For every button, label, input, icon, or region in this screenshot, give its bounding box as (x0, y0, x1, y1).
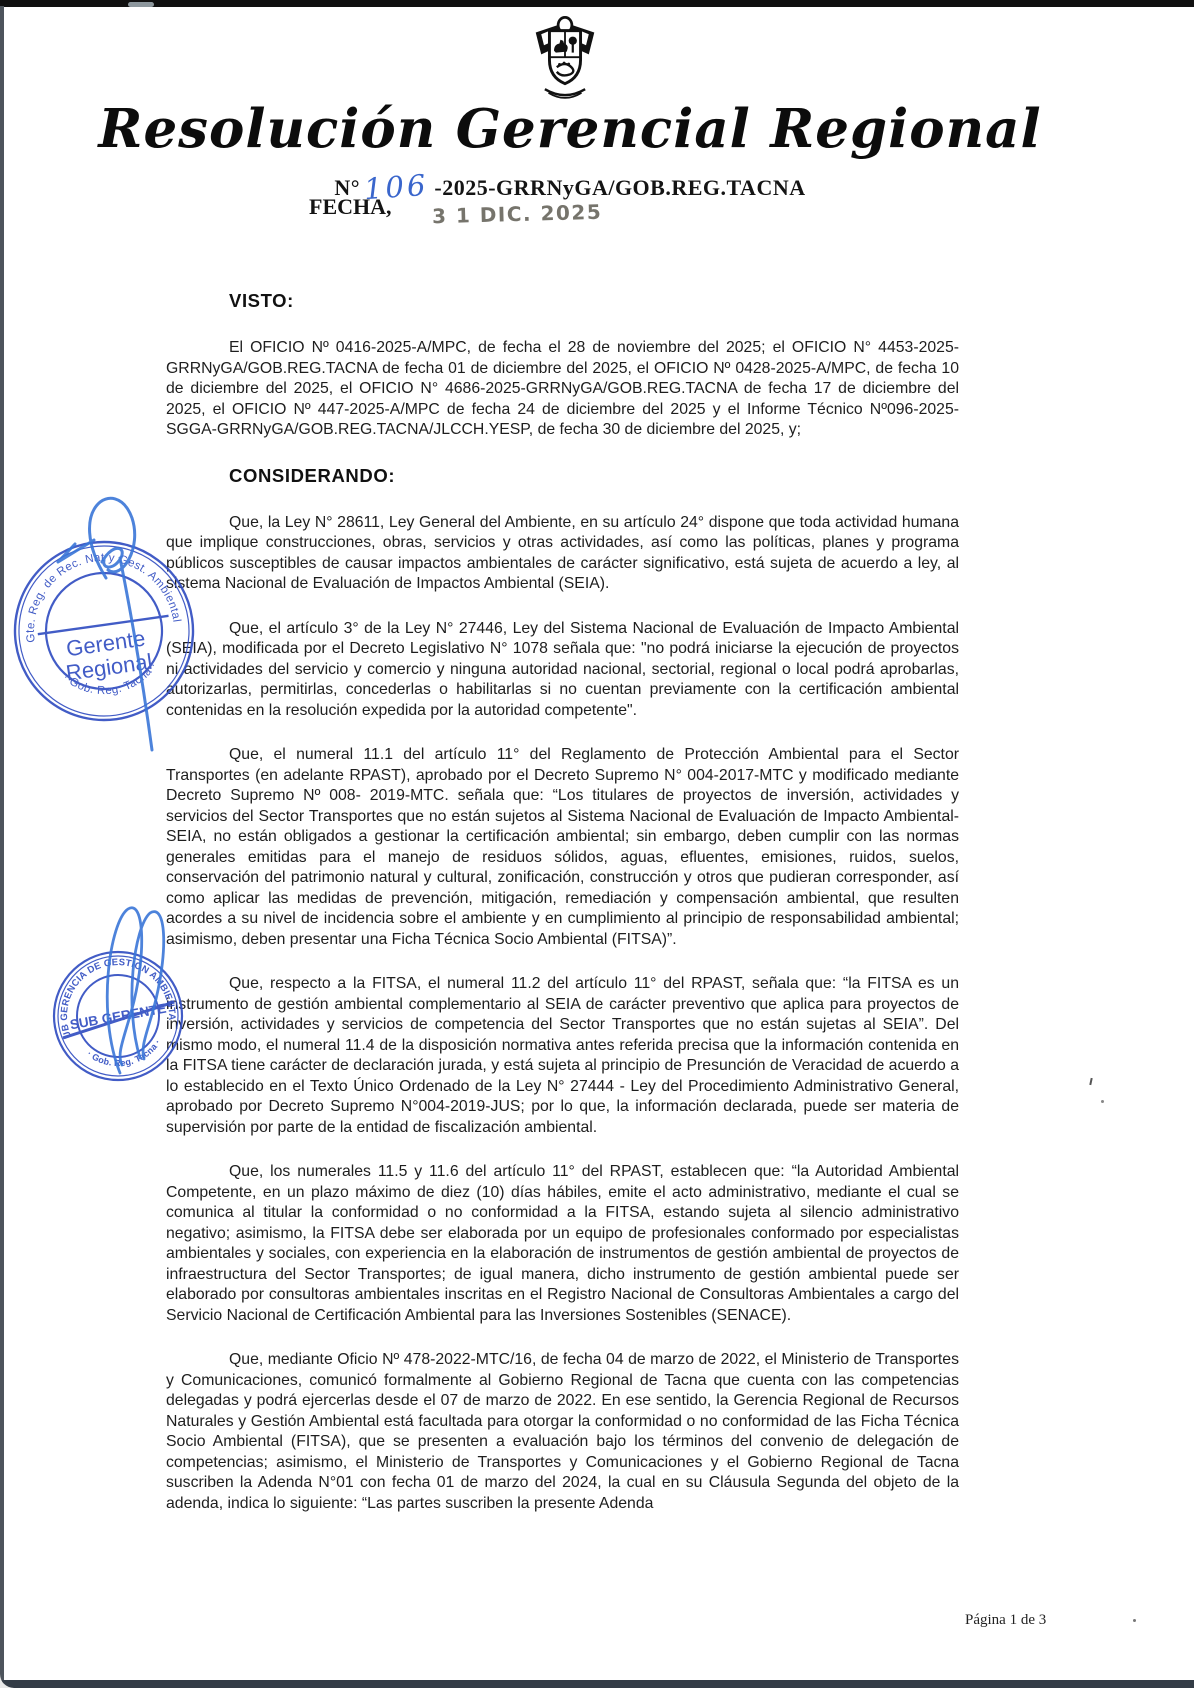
page-title: Resolución Gerencial Regional (0, 98, 1140, 160)
scan-edge-bottom (0, 1680, 1194, 1688)
considerando-paragraph: Que, el numeral 11.1 del artículo 11° de… (166, 745, 959, 950)
resolution-number-suffix: -2025-GRRNyGA/GOB.REG.TACNA (434, 175, 805, 200)
fecha-label: FECHA, (309, 194, 392, 220)
visto-heading: VISTO: (229, 290, 959, 312)
document-body: VISTO: El OFICIO Nº 0416-2025-A/MPC, de … (166, 290, 959, 1538)
considerando-paragraph: Que, el artículo 3° de la Ley N° 27446, … (166, 619, 959, 722)
considerando-paragraph: Que, los numerales 11.5 y 11.6 del artíc… (166, 1162, 959, 1326)
visto-paragraph: El OFICIO Nº 0416-2025-A/MPC, de fecha e… (166, 338, 959, 441)
scan-edge-left (0, 6, 4, 1688)
scan-artifact (1101, 1100, 1104, 1103)
considerando-paragraph: Que, la Ley N° 28611, Ley General del Am… (166, 513, 959, 595)
page-number: Página 1 de 3 (965, 1612, 1046, 1629)
signature-sub-gerente (78, 893, 208, 1088)
peru-coat-of-arms-icon (519, 16, 611, 102)
scan-edge-top (0, 0, 1194, 7)
date-stamp: 3 1 DIC. 2025 (432, 200, 603, 228)
document-page: Resolución Gerencial Regional N°106-2025… (0, 0, 1194, 1688)
considerando-heading: CONSIDERANDO: (229, 465, 959, 487)
resolution-number-line: N°106-2025-GRRNyGA/GOB.REG.TACNA (0, 168, 1140, 202)
scan-artifact (1089, 1078, 1092, 1085)
considerando-paragraph: Que, mediante Oficio Nº 478-2022-MTC/16,… (166, 1350, 959, 1514)
considerando-paragraph: Que, respecto a la FITSA, el numeral 11.… (166, 974, 959, 1138)
scan-artifact (1133, 1619, 1136, 1622)
signature-gerente (18, 478, 218, 778)
